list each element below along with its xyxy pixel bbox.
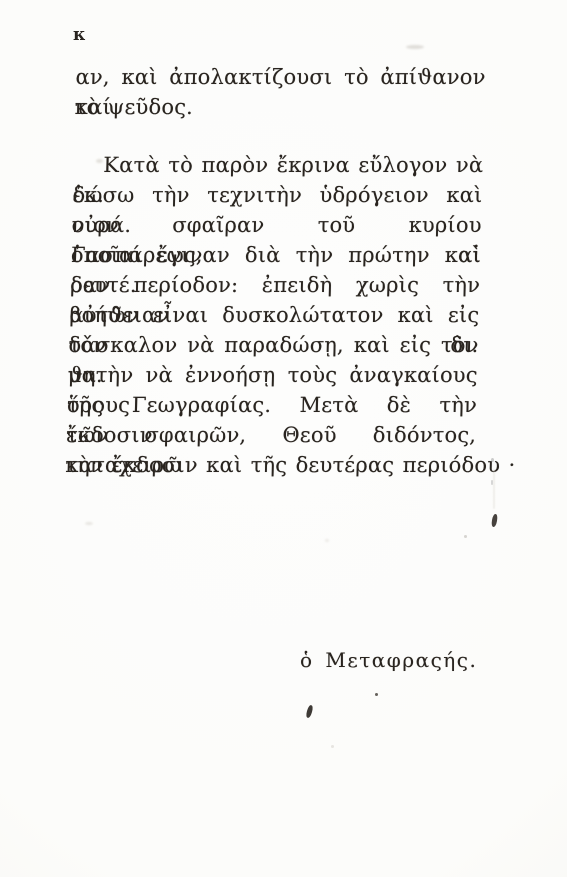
scan-smudge bbox=[331, 745, 334, 748]
ink-speck bbox=[305, 705, 313, 719]
ink-speck bbox=[491, 458, 494, 462]
gathering-mark: κ bbox=[73, 25, 86, 45]
text-line: αν, καὶ ἀπολακτίζουσι τὸ ἀπίϑανον καί bbox=[75, 62, 486, 92]
scan-smudge bbox=[96, 159, 103, 163]
text-line: Κατὰ τὸ παρὸν ἔκρινα εὔλογον νὰ ἐκ. bbox=[73, 150, 484, 180]
text-block: αν, καὶ ἀπολακτίζουσι τὸ ἀπίϑανον καί τὸ… bbox=[65, 62, 486, 480]
scanned-book-page: κ αν, καὶ ἀπολακτίζουσι τὸ ἀπίϑανον καί … bbox=[0, 0, 567, 877]
text-line: δώσω τὴν τεχνιτὴν ὑδρόγειον καὶ οὐρά. bbox=[72, 180, 483, 210]
text-line: τὴν ἔκδοσιν καὶ τῆς δευτέρας περιόδου · bbox=[65, 450, 476, 480]
ink-speck bbox=[464, 535, 467, 538]
ink-speck bbox=[375, 693, 378, 696]
translator-signature: ὁ Μεταφραςής. bbox=[300, 648, 477, 672]
scan-smudge bbox=[406, 45, 424, 49]
paragraph-1: αν, καὶ ἀπολακτίζουσι τὸ ἀπίϑανον καί τὸ… bbox=[74, 62, 486, 122]
text-line: τῶν σφαιρῶν, Θεοῦ διδόντος, καταχειρῶ bbox=[66, 420, 477, 450]
text-line: αὐτῶν εἶναι δυσκολώτατον καὶ εἰς τὸν δι. bbox=[69, 300, 480, 330]
text-line: ὁποῖαι ἔγιναν διὰ τὴν πρώτην καὶ δευτέ. bbox=[71, 240, 482, 270]
scan-smudge bbox=[493, 469, 495, 509]
text-line: τῆς Γεωγραφίας. Μετὰ δὲ τὴν ἔκδοσιν bbox=[67, 390, 478, 420]
text-line: δάσκαλον νὰ παραδώσῃ, καὶ εἰς τὸν μα. bbox=[68, 330, 479, 360]
scan-smudge bbox=[85, 522, 93, 525]
ink-speck bbox=[491, 514, 498, 528]
scan-smudge bbox=[325, 539, 329, 542]
paragraph-2: Κατὰ τὸ παρὸν ἔκρινα εὔλογον νὰ ἐκ. δώσω… bbox=[65, 150, 484, 480]
text-line: ραν περίοδον: ἐπειδὴ χωρὶς τὴν βοήϑειαν bbox=[70, 270, 481, 300]
text-line: νιον σφαῖραν τοῦ κυρίου Γασπάρεως, αἱ bbox=[71, 210, 482, 240]
text-line: ϑητὴν νὰ ἐννοήσῃ τοὺς ἀναγκαίους ὅρους bbox=[67, 360, 478, 390]
text-line: τὸ ψεῦδος. bbox=[74, 92, 485, 122]
